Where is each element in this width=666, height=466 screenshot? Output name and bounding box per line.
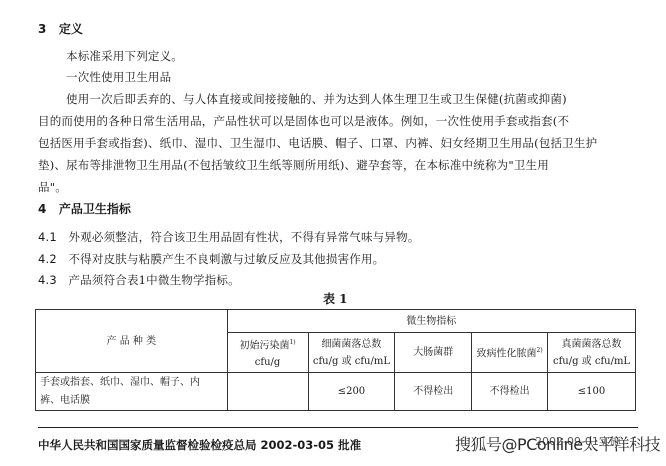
table-header-row: 产 品 种 类 微生物指标 [36,310,636,333]
column-header: 初始污染菌1)cfu/g [227,333,308,373]
clause-text: 外观必须整洁，符合该卫生用品固有性状，不得有异常气味与异物。 [68,230,419,244]
watermark: 搜狐号@PConline太平洋科技 [455,432,660,455]
microbial-indicators-header: 微生物指标 [227,310,635,333]
clause-text: 不得对皮肤与粘膜产生不良刺激与过敏反应及其他损害作用。 [68,252,384,266]
column-header: 细菌菌落总数cfu/g 或 cfu/mL [308,333,395,373]
product-type-header: 产 品 种 类 [36,310,228,373]
clause-number: 4.3 [38,273,57,287]
clause-number: 4.2 [38,252,57,266]
table-caption: 表 1 [323,290,348,307]
section-3-heading: 3 定义 [38,20,83,37]
section-title: 产品卫生指标 [59,202,131,216]
clause-text: 产品须符合表1中微生物学指标。 [68,273,239,287]
clause-4-3: 4.3 产品须符合表1中微生物学指标。 [38,272,240,288]
product-cell: 手套或指套、纸巾、湿巾、帽子、内裤、电话膜 [36,373,228,411]
value-cell: ≤200 [308,373,395,411]
definition-intro: 本标准采用下列定义。 [66,48,183,64]
clause-4-1: 4.1 外观必须整洁，符合该卫生用品固有性状，不得有异常气味与异物。 [38,229,419,245]
defined-term: 一次性使用卫生用品 [66,69,171,85]
column-header: 真菌菌落总数cfu/g 或 cfu/mL [548,333,636,373]
definition-line: 品"。 [38,179,67,195]
definition-line: 垫)、尿布等排泄物卫生用品(不包括皱纹卫生纸等厕所用纸)、避孕套等，在本标准中统… [38,157,549,173]
column-header: 致病性化脓菌2) [472,333,548,373]
definition-line: 目的而使用的各种日常生活用品，产品性状可以是固体也可以是液体。例如，一次性使用手… [38,113,569,129]
section-number: 3 [38,22,46,36]
value-cell: 不得检出 [395,373,472,411]
table-row: 手套或指套、纸巾、湿巾、帽子、内裤、电话膜 ≤200 不得检出 不得检出 ≤10… [36,373,636,411]
definition-line: 包括医用手套或指套)、纸巾、湿巾、卫生湿巾、电话膜、帽子、口罩、内裤、妇女经期卫… [38,135,597,151]
microbiology-table: 产 品 种 类 微生物指标 初始污染菌1)cfu/g 细菌菌落总数cfu/g 或… [35,309,636,411]
clause-4-2: 4.2 不得对皮肤与粘膜产生不良刺激与过敏反应及其他损害作用。 [38,251,384,267]
value-cell [227,373,308,411]
section-number: 4 [38,202,46,216]
section-4-heading: 4 产品卫生指标 [38,200,131,217]
footer-divider [38,427,638,428]
clause-number: 4.1 [38,230,57,244]
value-cell: 不得检出 [472,373,548,411]
section-title: 定义 [59,22,83,36]
value-cell: ≤100 [548,373,636,411]
definition-line: 使用一次后即丢弃的、与人体直接或间接接触的、并为达到人体生理卫生或卫生保健(抗菌… [66,91,567,107]
column-header: 大肠菌群 [395,333,472,373]
approval-line: 中华人民共和国国家质量监督检验检疫总局 2002-03-05 批准 [38,437,361,453]
